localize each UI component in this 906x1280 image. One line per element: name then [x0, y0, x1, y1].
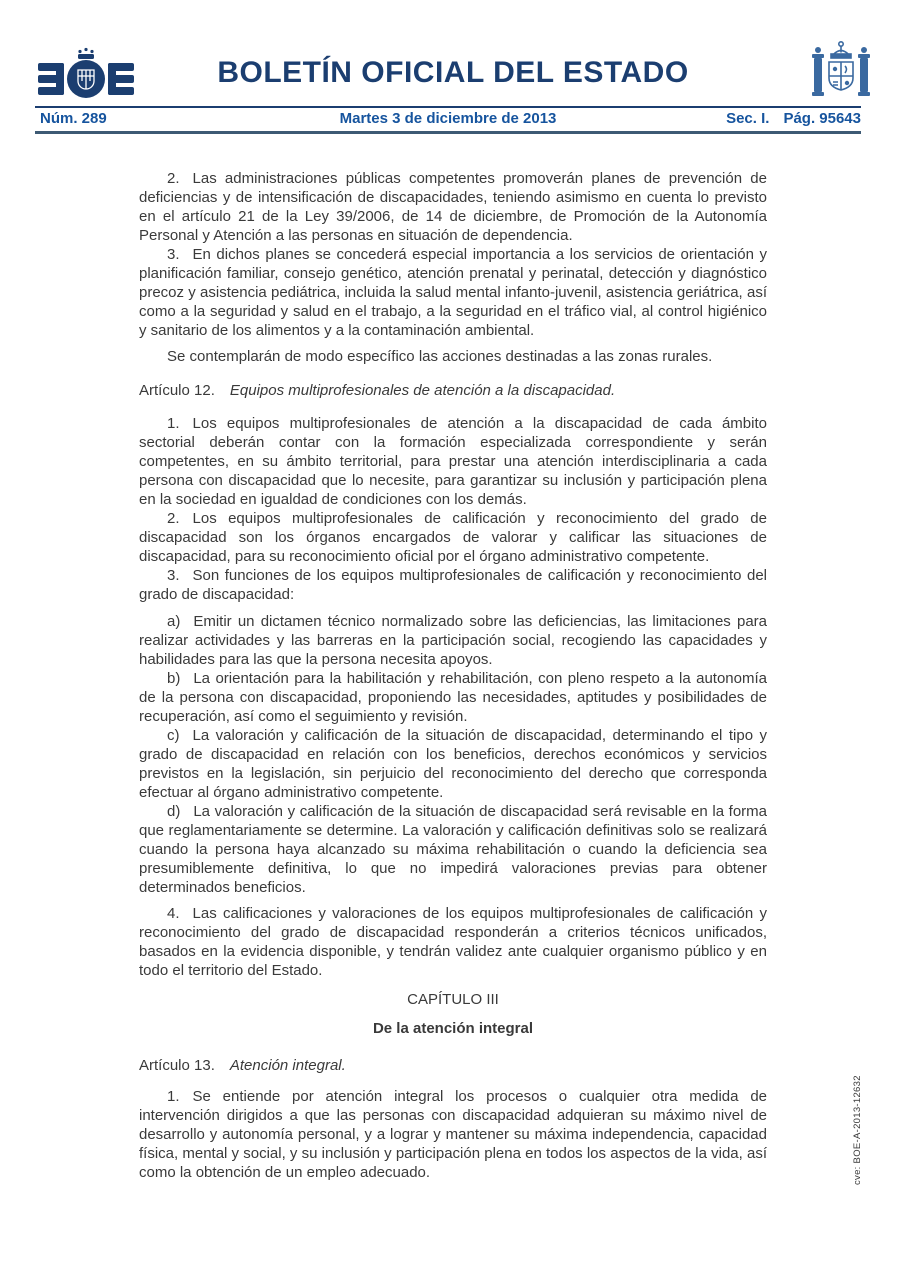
article-12-point-3d: d)La valoración y calificación de la sit… — [139, 802, 767, 897]
cve-code: cve: BOE-A-2013-12632 — [852, 1067, 866, 1185]
article-12-point-3b: b)La orientación para la habilitación y … — [139, 669, 767, 726]
article-12-point-1: 1.Los equipos multiprofesionales de aten… — [139, 414, 767, 509]
article-12-heading: Artículo 12.Equipos multiprofesionales d… — [139, 381, 767, 400]
spain-coat-of-arms-icon — [812, 40, 870, 111]
paragraph-number: 1. — [167, 415, 193, 432]
section-label: Sec. I. — [726, 110, 769, 127]
paragraph-3: 3.En dichos planes se concederá especial… — [139, 245, 767, 340]
masthead-title: BOLETÍN OFICIAL DEL ESTADO — [0, 56, 906, 90]
paragraph-number: 2. — [167, 510, 193, 527]
chapter-title: De la atención integral — [139, 1019, 767, 1038]
article-13-heading: Artículo 13.Atención integral. — [139, 1056, 767, 1075]
article-13-point-1: 1.Se entiende por atención integral los … — [139, 1087, 767, 1182]
article-label: Artículo 12. — [139, 382, 230, 399]
paragraph-number: 4. — [167, 905, 193, 922]
header-rule-bottom — [35, 131, 861, 134]
header-meta-row: Núm. 289 Martes 3 de diciembre de 2013 S… — [35, 110, 861, 130]
article-12-point-3c: c)La valoración y calificación de la sit… — [139, 726, 767, 802]
article-12-point-4: 4.Las calificaciones y valoraciones de l… — [139, 904, 767, 980]
article-12-point-3: 3.Son funciones de los equipos multiprof… — [139, 566, 767, 604]
document-body: 2.Las administraciones públicas competen… — [139, 169, 767, 1182]
paragraph-number: 1. — [167, 1088, 193, 1105]
article-label: Artículo 13. — [139, 1057, 230, 1074]
article-12-point-3a: a)Emitir un dictamen técnico normalizado… — [139, 612, 767, 669]
chapter-heading: CAPÍTULO III — [139, 990, 767, 1009]
paragraph-number: b) — [167, 670, 193, 687]
boe-document-page: BOLETÍN OFICIAL DEL ESTADO — [0, 0, 906, 1280]
paragraph-number: c) — [167, 727, 193, 744]
article-title: Atención integral. — [230, 1057, 346, 1074]
paragraph-number: 3. — [167, 567, 193, 584]
paragraph-rurales: Se contemplarán de modo específico las a… — [139, 347, 767, 366]
paragraph-number: d) — [167, 803, 193, 820]
paragraph-number: 2. — [167, 170, 193, 187]
article-title: Equipos multiprofesionales de atención a… — [230, 382, 615, 399]
paragraph-number: 3. — [167, 246, 193, 263]
page-number: Pág. 95643 — [783, 110, 861, 127]
paragraph-number: a) — [167, 613, 193, 630]
article-12-point-2: 2.Los equipos multiprofesionales de cali… — [139, 509, 767, 566]
section-page: Sec. I.Pág. 95643 — [726, 110, 861, 127]
paragraph-2: 2.Las administraciones públicas competen… — [139, 169, 767, 245]
header-rule-top — [35, 106, 861, 108]
